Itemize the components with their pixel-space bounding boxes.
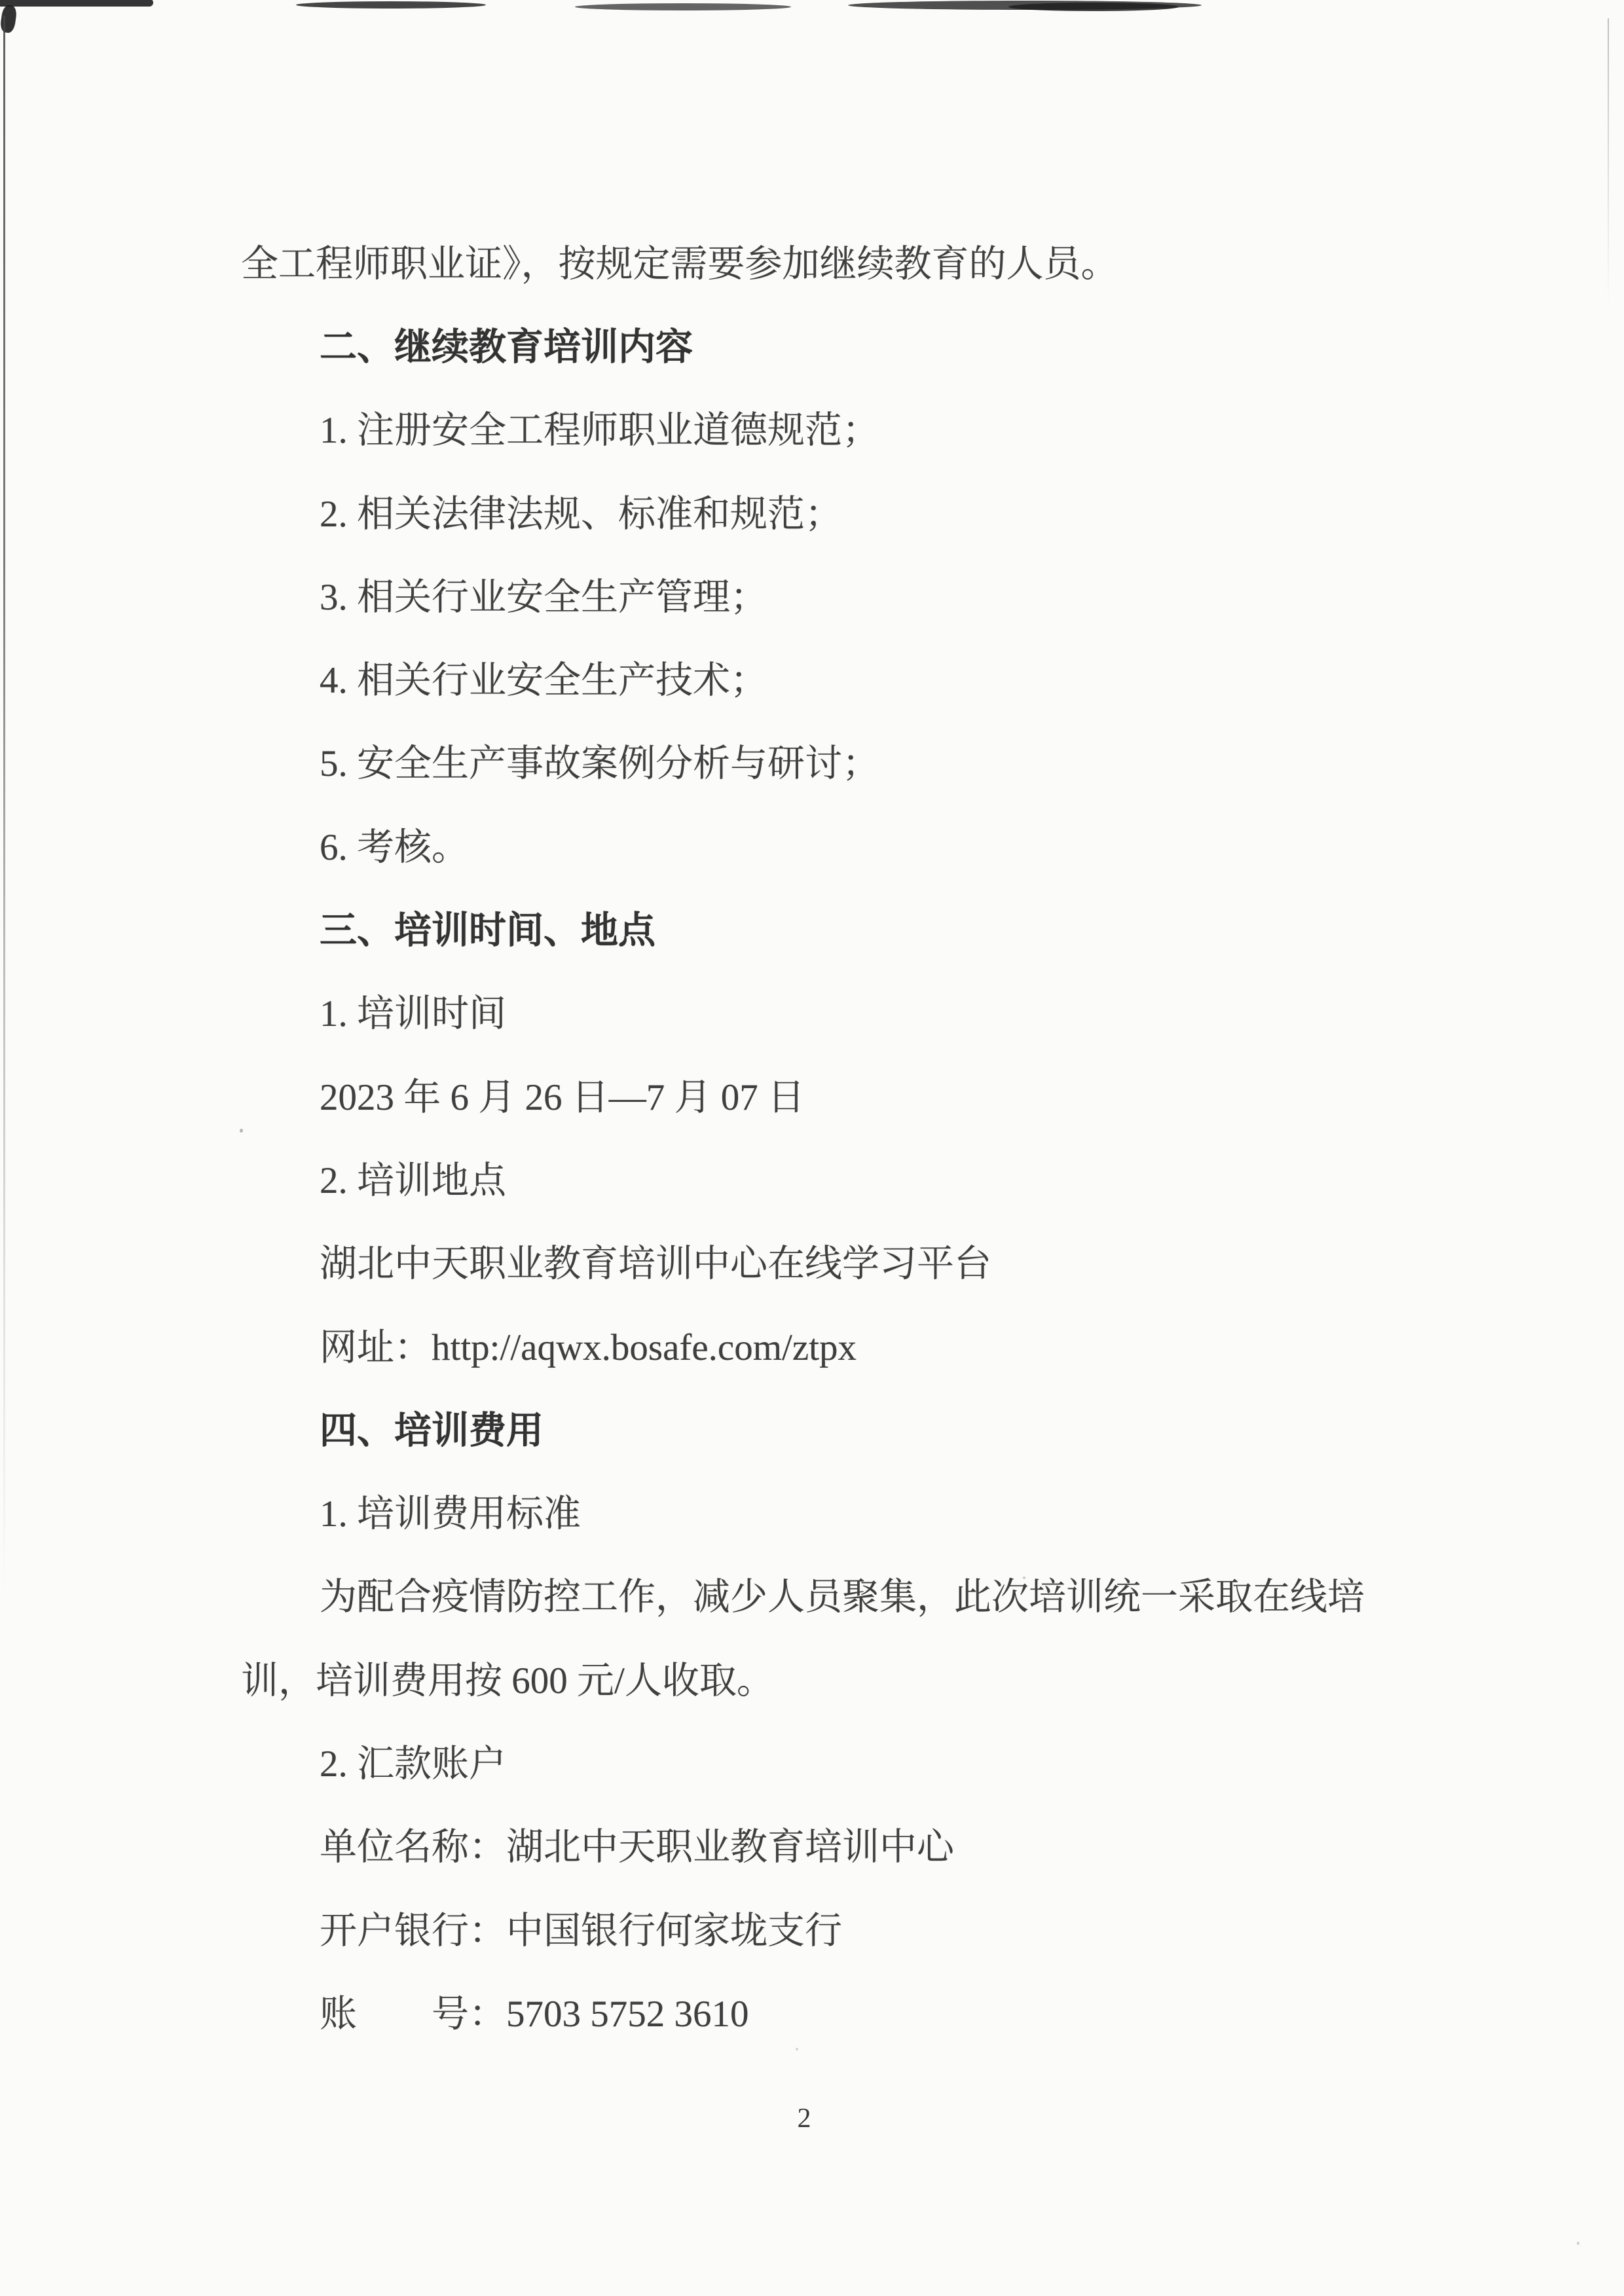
scan-artifact-top-streak: [848, 1, 1202, 10]
section-heading: 三、培训时间、地点: [241, 885, 1393, 968]
text-line: 1. 培训费用标准: [241, 1468, 1393, 1552]
text-line: 训，培训费用按 600 元/人收取。: [241, 1635, 1393, 1719]
text-line: 全工程师职业证》，按规定需要参加继续教育的人员。: [241, 219, 1393, 302]
text-line: 网址：http://aqwx.bosafe.com/ztpx: [241, 1302, 1393, 1385]
section-heading: 二、继续教育培训内容: [241, 302, 1393, 385]
text-line: 为配合疫情防控工作，减少人员聚集，此次培训统一采取在线培: [241, 1552, 1393, 1635]
scan-artifact-corner-blob: [0, 5, 18, 34]
text-line: 2. 汇款账户: [241, 1719, 1393, 1802]
scan-artifact-top-streak: [296, 1, 486, 9]
scan-artifact-left-edge-line: [3, 16, 5, 1594]
text-line: 账 号：5703 5752 3610: [241, 1969, 1393, 2052]
scan-artifact-speck: [1577, 2242, 1579, 2245]
text-line: 1. 注册安全工程师职业道德规范；: [241, 386, 1393, 469]
text-line: 5. 安全生产事故案例分析与研讨；: [241, 719, 1393, 802]
text-line: 湖北中天职业教育培训中心在线学习平台: [241, 1219, 1393, 1302]
text-line: 6. 考核。: [241, 802, 1393, 885]
text-line: 单位名称：湖北中天职业教育培训中心: [241, 1802, 1393, 1886]
section-heading: 四、培训费用: [241, 1385, 1393, 1468]
page-number: 2: [0, 2103, 1608, 2134]
text-line: 2023 年 6 月 26 日—7 月 07 日: [241, 1052, 1393, 1135]
text-line: 3. 相关行业安全生产管理；: [241, 552, 1393, 635]
scan-artifact-top-streak: [0, 0, 153, 7]
scanned-document-page: 全工程师职业证》，按规定需要参加继续教育的人员。二、继续教育培训内容1. 注册安…: [0, 0, 1624, 2296]
text-line: 开户银行：中国银行何家垅支行: [241, 1886, 1393, 1969]
document-body: 全工程师职业证》，按规定需要参加继续教育的人员。二、继续教育培训内容1. 注册安…: [241, 219, 1393, 2052]
text-line: 2. 培训地点: [241, 1135, 1393, 1218]
text-line: 2. 相关法律法规、标准和规范；: [241, 469, 1393, 552]
scan-artifact-top-streak: [1008, 3, 1179, 11]
scan-artifact-right-edge-line: [1608, 18, 1609, 306]
scan-artifact-top-streak: [575, 3, 791, 10]
text-line: 1. 培训时间: [241, 969, 1393, 1052]
text-line: 4. 相关行业安全生产技术；: [241, 635, 1393, 718]
